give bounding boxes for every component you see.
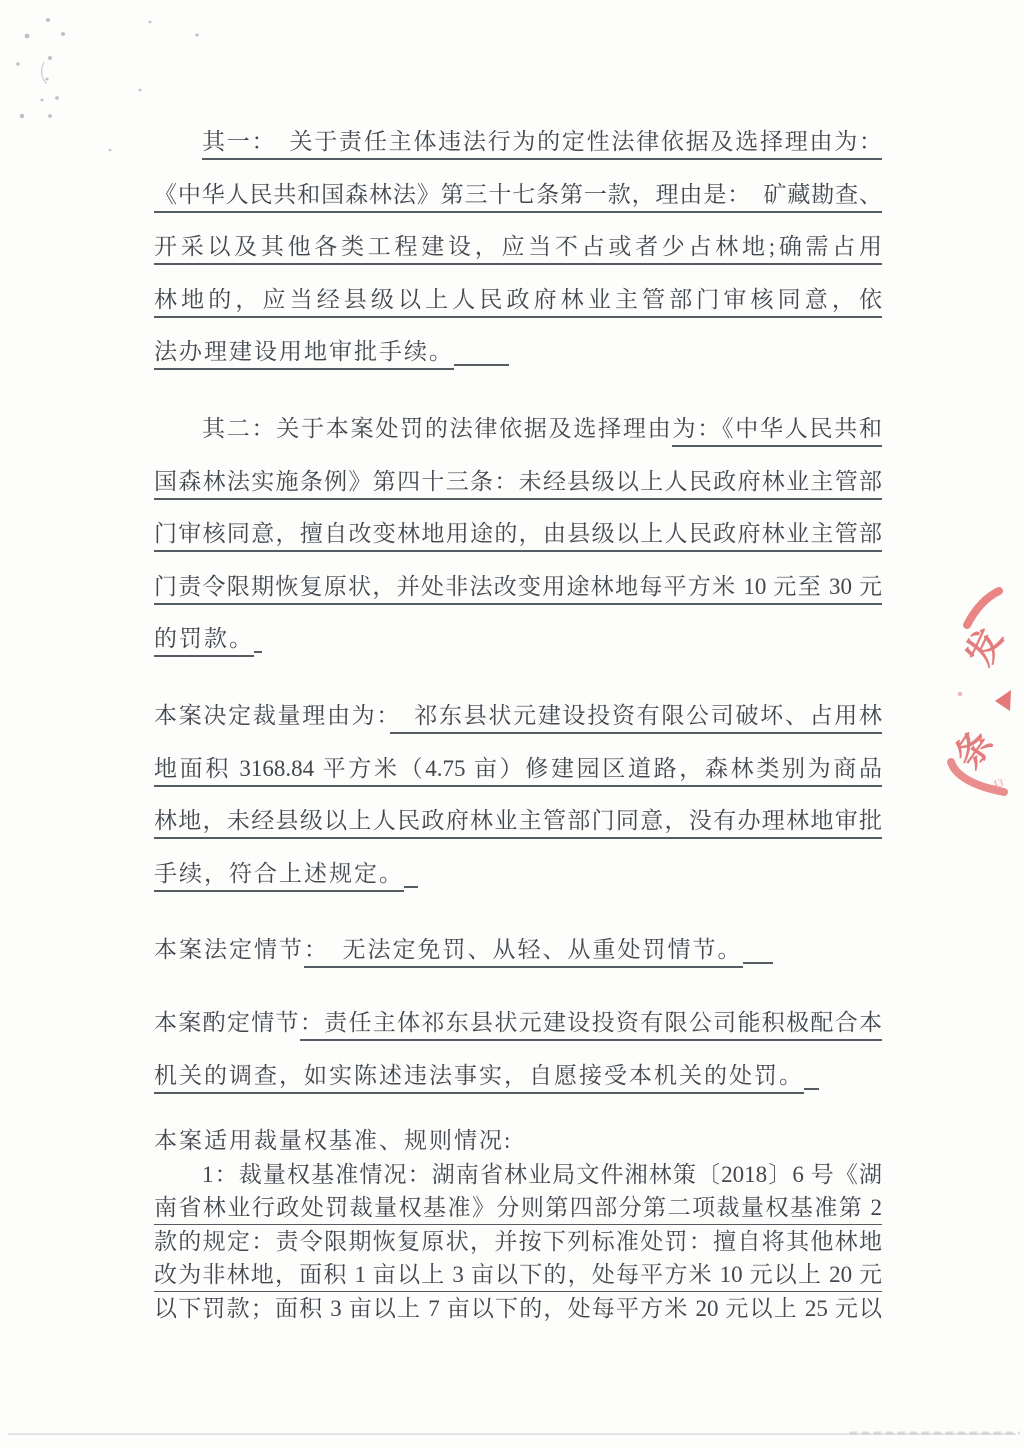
underlined-text: ：责任主体祁东县状元建设投资有限公司能积极配合本 [300, 1010, 882, 1041]
text-line: 其一： 关于责任主体违法行为的定性法律依据及选择理由为： [154, 116, 882, 169]
underlined-text: 其一： 关于责任主体违法行为的定性法律依据及选择理由为： [202, 129, 882, 160]
line-text: 本案法定情节 [154, 937, 304, 962]
text-line: 以下罚款；面积 3 亩以上 7 亩以下的，处每平方米 20 元以上 25 元以 [154, 1292, 882, 1326]
paragraph: 本案决定裁量理由为： 祁东县状元建设投资有限公司破坏、占用林地面积 3168.8… [154, 690, 882, 900]
text-line: 本案适用裁量权基准、规则情况: [154, 1124, 882, 1158]
text-line: 南省林业行政处罚裁量权基准》分则第四部分第二项裁量权基准第 2 [154, 1191, 882, 1225]
underlined-text: 为：《中华人民共和 [672, 416, 882, 447]
underline-extension [804, 1088, 819, 1090]
text-line: 机关的调查，如实陈述违法事实，自愿接受本机关的处罚。 [154, 1050, 882, 1103]
line-text: 本案适用裁量权基准、规则情况: [154, 1128, 512, 1153]
text-line: 改为非林地，面积 1 亩以上 3 亩以下的，处每平方米 10 元以上 20 元 [154, 1258, 882, 1292]
stamp-arc-top [967, 591, 999, 625]
paragraph: 其二：关于本案处罚的法律依据及选择理由为：《中华人民共和国森林法实施条例》第四十… [154, 403, 882, 666]
text-line: 林地的，应当经县级以上人民政府林业主管部门审核同意，依 [154, 274, 882, 327]
text-line: 林地，未经县级以上人民政府林业主管部门同意，没有办理林地审批 [154, 795, 882, 848]
text-line: 手续，符合上述规定。 [154, 848, 882, 901]
underlined-text: 开采以及其他各类工程建设，应当不占或者少占林地;确需占用 [154, 234, 882, 265]
text-line: 本案决定裁量理由为： 祁东县状元建设投资有限公司破坏、占用林 [154, 690, 882, 743]
underlined-text: 机关的调查，如实陈述违法事实，自愿接受本机关的处罚。 [154, 1063, 804, 1094]
stamp-glyph-top: 发 [959, 622, 1010, 672]
underlined-text: 地面积 3168.84 平方米（4.75 亩）修建园区道路，森林类别为商品 [154, 756, 882, 787]
underlined-text: 国森林法实施条例》第四十三条：未经县级以上人民政府林业主管部 [154, 469, 882, 500]
underline-extension [404, 886, 418, 888]
text-line: 国森林法实施条例》第四十三条：未经县级以上人民政府林业主管部 [154, 456, 882, 509]
text-line: 本案法定情节： 无法定免罚、从轻、从重处罚情节。 [154, 924, 882, 977]
underlined-text: 手续，符合上述规定。 [154, 861, 404, 892]
text-line: 的罚款。 [154, 613, 882, 666]
underlined-text: 门审核同意，擅自改变林地用途的，由县级以上人民政府林业主管部 [154, 521, 882, 552]
document-page: 其一： 关于责任主体违法行为的定性法律依据及选择理由为：《中华人民共和国森林法》… [0, 0, 1024, 1448]
scan-hair-mark [42, 62, 47, 84]
text-line: 1：裁量权基准情况：湖南省林业局文件湘林策〔2018〕6 号《湖 [154, 1158, 882, 1192]
text-line: 地面积 3168.84 平方米（4.75 亩）修建园区道路，森林类别为商品 [154, 743, 882, 796]
paragraph: 本案酌定情节：责任主体祁东县状元建设投资有限公司能积极配合本机关的调查，如实陈述… [154, 997, 882, 1102]
document-body: 其一： 关于责任主体违法行为的定性法律依据及选择理由为：《中华人民共和国森林法》… [154, 116, 882, 1349]
line-text: 其二：关于本案处罚的法律依据及选择理由 [202, 416, 672, 441]
underline-extension [454, 364, 509, 366]
underlined-text: 南省林业行政处罚裁量权基准》分则第四部分第二项裁量权基准第 2 [154, 1195, 882, 1225]
text-line: 其二：关于本案处罚的法律依据及选择理由为：《中华人民共和 [154, 403, 882, 456]
underline-extension [743, 962, 773, 964]
text-line: 门审核同意，擅自改变林地用途的，由县级以上人民政府林业主管部 [154, 508, 882, 561]
text-line: 门责令限期恢复原状，并处非法改变用途林地每平方米 10 元至 30 元 [154, 561, 882, 614]
stamp-glyph-bottom: 条 [947, 723, 1000, 775]
stamp-ink-dot [958, 692, 962, 696]
paragraph: 本案法定情节： 无法定免罚、从轻、从重处罚情节。 [154, 924, 882, 977]
underlined-text: 的罚款。 [154, 626, 254, 657]
underline-extension [254, 651, 262, 653]
stamp-number: 43 [991, 777, 1005, 791]
text-line: 开采以及其他各类工程建设，应当不占或者少占林地;确需占用 [154, 221, 882, 274]
underlined-text: 《中华人民共和国森林法》第三十七条第一款，理由是： 矿藏勘查、 [154, 182, 882, 213]
underlined-text: ： 无法定免罚、从轻、从重处罚情节。 [304, 937, 743, 968]
paragraph: 其一： 关于责任主体违法行为的定性法律依据及选择理由为：《中华人民共和国森林法》… [154, 116, 882, 379]
text-line: 本案酌定情节：责任主体祁东县状元建设投资有限公司能积极配合本 [154, 997, 882, 1050]
line-text: 本案决定裁量理由为： [154, 703, 390, 728]
scan-edge-line [8, 1433, 1020, 1434]
text-line: 法办理建设用地审批手续。 [154, 326, 882, 379]
underlined-text: 以下罚款；面积 3 亩以上 7 亩以下的，处每平方米 20 元以上 25 元以 [154, 1296, 882, 1326]
underlined-text: 改为非林地，面积 1 亩以上 3 亩以下的，处每平方米 10 元以上 20 元 [154, 1262, 882, 1292]
line-text: 本案酌定情节 [154, 1010, 300, 1035]
text-line: 款的规定：责令限期恢复原状，并按下列标准处罚：擅自将其他林地 [154, 1225, 882, 1259]
stamp-star-fragment [995, 690, 1011, 711]
underlined-text: 法办理建设用地审批手续。 [154, 339, 454, 370]
underlined-text: 祁东县状元建设投资有限公司破坏、占用林 [390, 703, 882, 734]
stamp-arc-bottom [951, 762, 1004, 792]
underlined-text: 门责令限期恢复原状，并处非法改变用途林地每平方米 10 元至 30 元 [154, 574, 882, 605]
underlined-text: 1：裁量权基准情况：湖南省林业局文件湘林策〔2018〕6 号《湖 [202, 1162, 882, 1192]
text-line: 《中华人民共和国森林法》第三十七条第一款，理由是： 矿藏勘查、 [154, 169, 882, 222]
paragraph: 本案适用裁量权基准、规则情况:1：裁量权基准情况：湖南省林业局文件湘林策〔201… [154, 1124, 882, 1325]
underlined-text: 款的规定：责令限期恢复原状，并按下列标准处罚：擅自将其他林地 [154, 1229, 882, 1259]
underlined-text: 林地，未经县级以上人民政府林业主管部门同意，没有办理林地审批 [154, 808, 882, 839]
underlined-text: 林地的，应当经县级以上人民政府林业主管部门审核同意，依 [154, 287, 882, 318]
